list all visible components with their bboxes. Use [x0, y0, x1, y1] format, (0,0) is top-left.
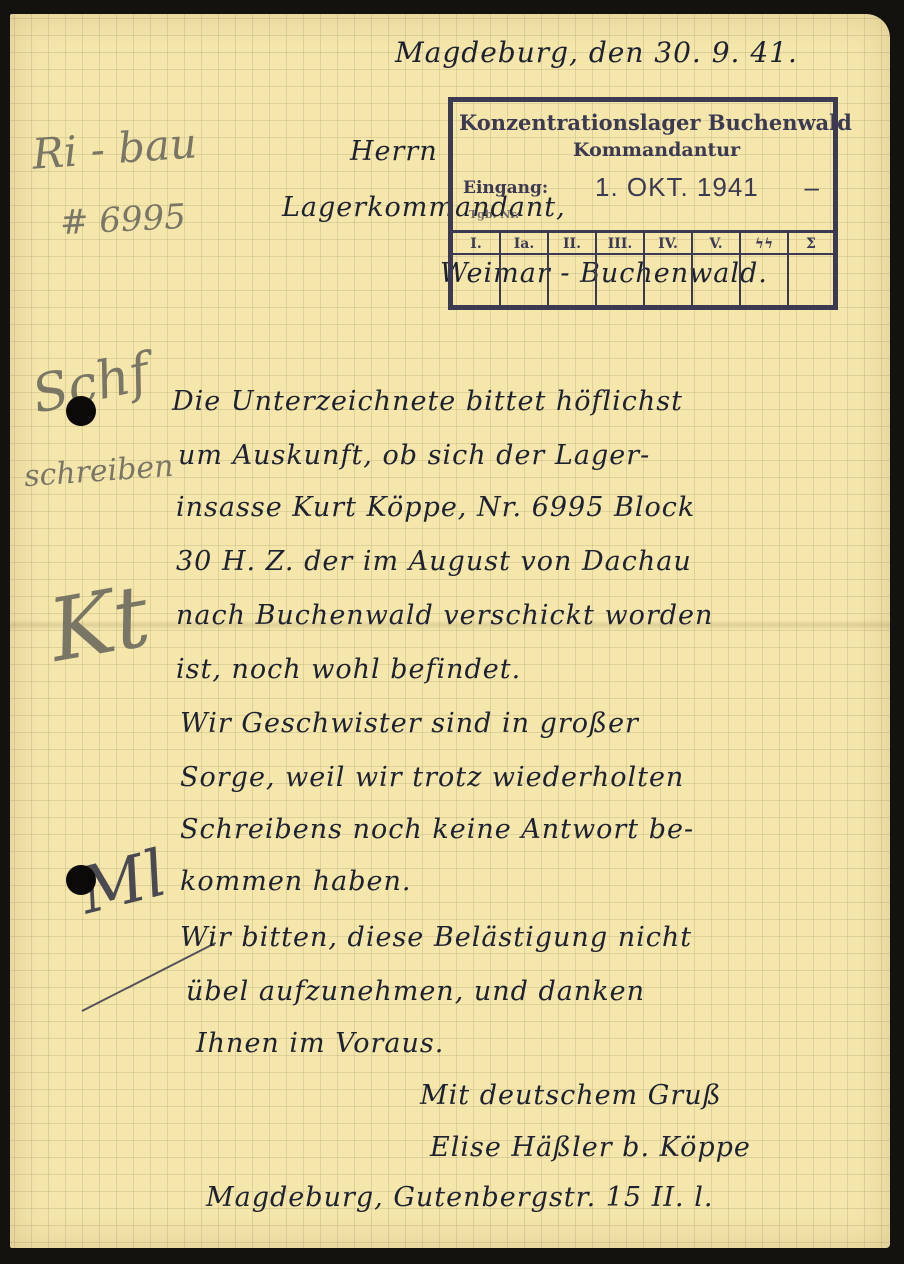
body-line: 30 H. Z. der im August von Dachau	[176, 546, 692, 577]
body-line: ist, noch wohl befindet.	[176, 654, 521, 685]
body-line: insasse Kurt Köppe, Nr. 6995 Block	[176, 492, 695, 523]
body-line: nach Buchenwald verschickt worden	[176, 600, 713, 631]
punch-hole-top	[66, 396, 96, 426]
body-line: Die Unterzeichnete bittet höflichst	[172, 386, 683, 417]
stamp-cell	[453, 255, 501, 305]
stamp-col-header: IV.	[645, 233, 693, 255]
stamp-col-header: II.	[549, 233, 597, 255]
body-line: Schreibens noch keine Antwort be-	[180, 814, 694, 845]
stamp-received-date: 1. OKT. 1941	[595, 172, 759, 203]
stamp-col-header: I.	[453, 233, 501, 255]
stamp-col-header: ϟϟ	[741, 233, 789, 255]
stamp-cell	[741, 255, 789, 305]
pencil-note-top: Ri - bau	[30, 118, 198, 178]
pencil-note-number: # 6995	[59, 197, 187, 244]
margin-initial-1: Kt	[42, 566, 157, 682]
stamp-abbr: Tgb. Nr.	[469, 208, 519, 221]
body-line: Wir bitten, diese Belästigung nicht	[180, 922, 692, 953]
body-line: übel aufzunehmen, und danken	[186, 976, 645, 1007]
stamp-cell	[501, 255, 549, 305]
stamp-cell	[549, 255, 597, 305]
place-date: Magdeburg, den 30. 9. 41.	[395, 36, 798, 69]
body-line: kommen haben.	[180, 866, 412, 897]
stamp-col-header: III.	[597, 233, 645, 255]
body-line: Wir Geschwister sind in großer	[180, 708, 639, 739]
stamp-col-header: V.	[693, 233, 741, 255]
stamp-col-header: Σ	[789, 233, 833, 255]
receipt-stamp: Konzentrationslager Buchenwald Kommandan…	[448, 97, 838, 310]
stamp-col-header: Ia.	[501, 233, 549, 255]
stamp-grid: I. Ia. II. III. IV. V. ϟϟ Σ	[453, 230, 833, 305]
stamp-cell	[597, 255, 645, 305]
body-line: um Auskunft, ob sich der Lager-	[178, 440, 650, 471]
stamp-received-label: Eingang:	[463, 178, 548, 198]
body-line: Ihnen im Voraus.	[196, 1028, 444, 1059]
body-line: Sorge, weil wir trotz wiederholten	[180, 762, 684, 793]
signature: Elise Häßler b. Köppe	[430, 1132, 751, 1163]
sender-address: Magdeburg, Gutenbergstr. 15 II. l.	[206, 1182, 713, 1213]
stamp-camp-name: Konzentrationslager Buchenwald	[459, 110, 852, 135]
letter-page: Magdeburg, den 30. 9. 41. Ri - bau # 699…	[10, 14, 890, 1248]
punch-hole-bottom	[66, 865, 96, 895]
stamp-dash: –	[805, 172, 819, 203]
stamp-cell	[789, 255, 833, 305]
addressee-line-1: Herrn	[350, 136, 438, 167]
stamp-office: Kommandantur	[573, 139, 740, 161]
stamp-cell	[693, 255, 741, 305]
stamp-cell	[645, 255, 693, 305]
closing-greeting: Mit deutschem Gruß	[420, 1080, 722, 1111]
margin-note-schreiben: schreiben	[23, 449, 175, 494]
